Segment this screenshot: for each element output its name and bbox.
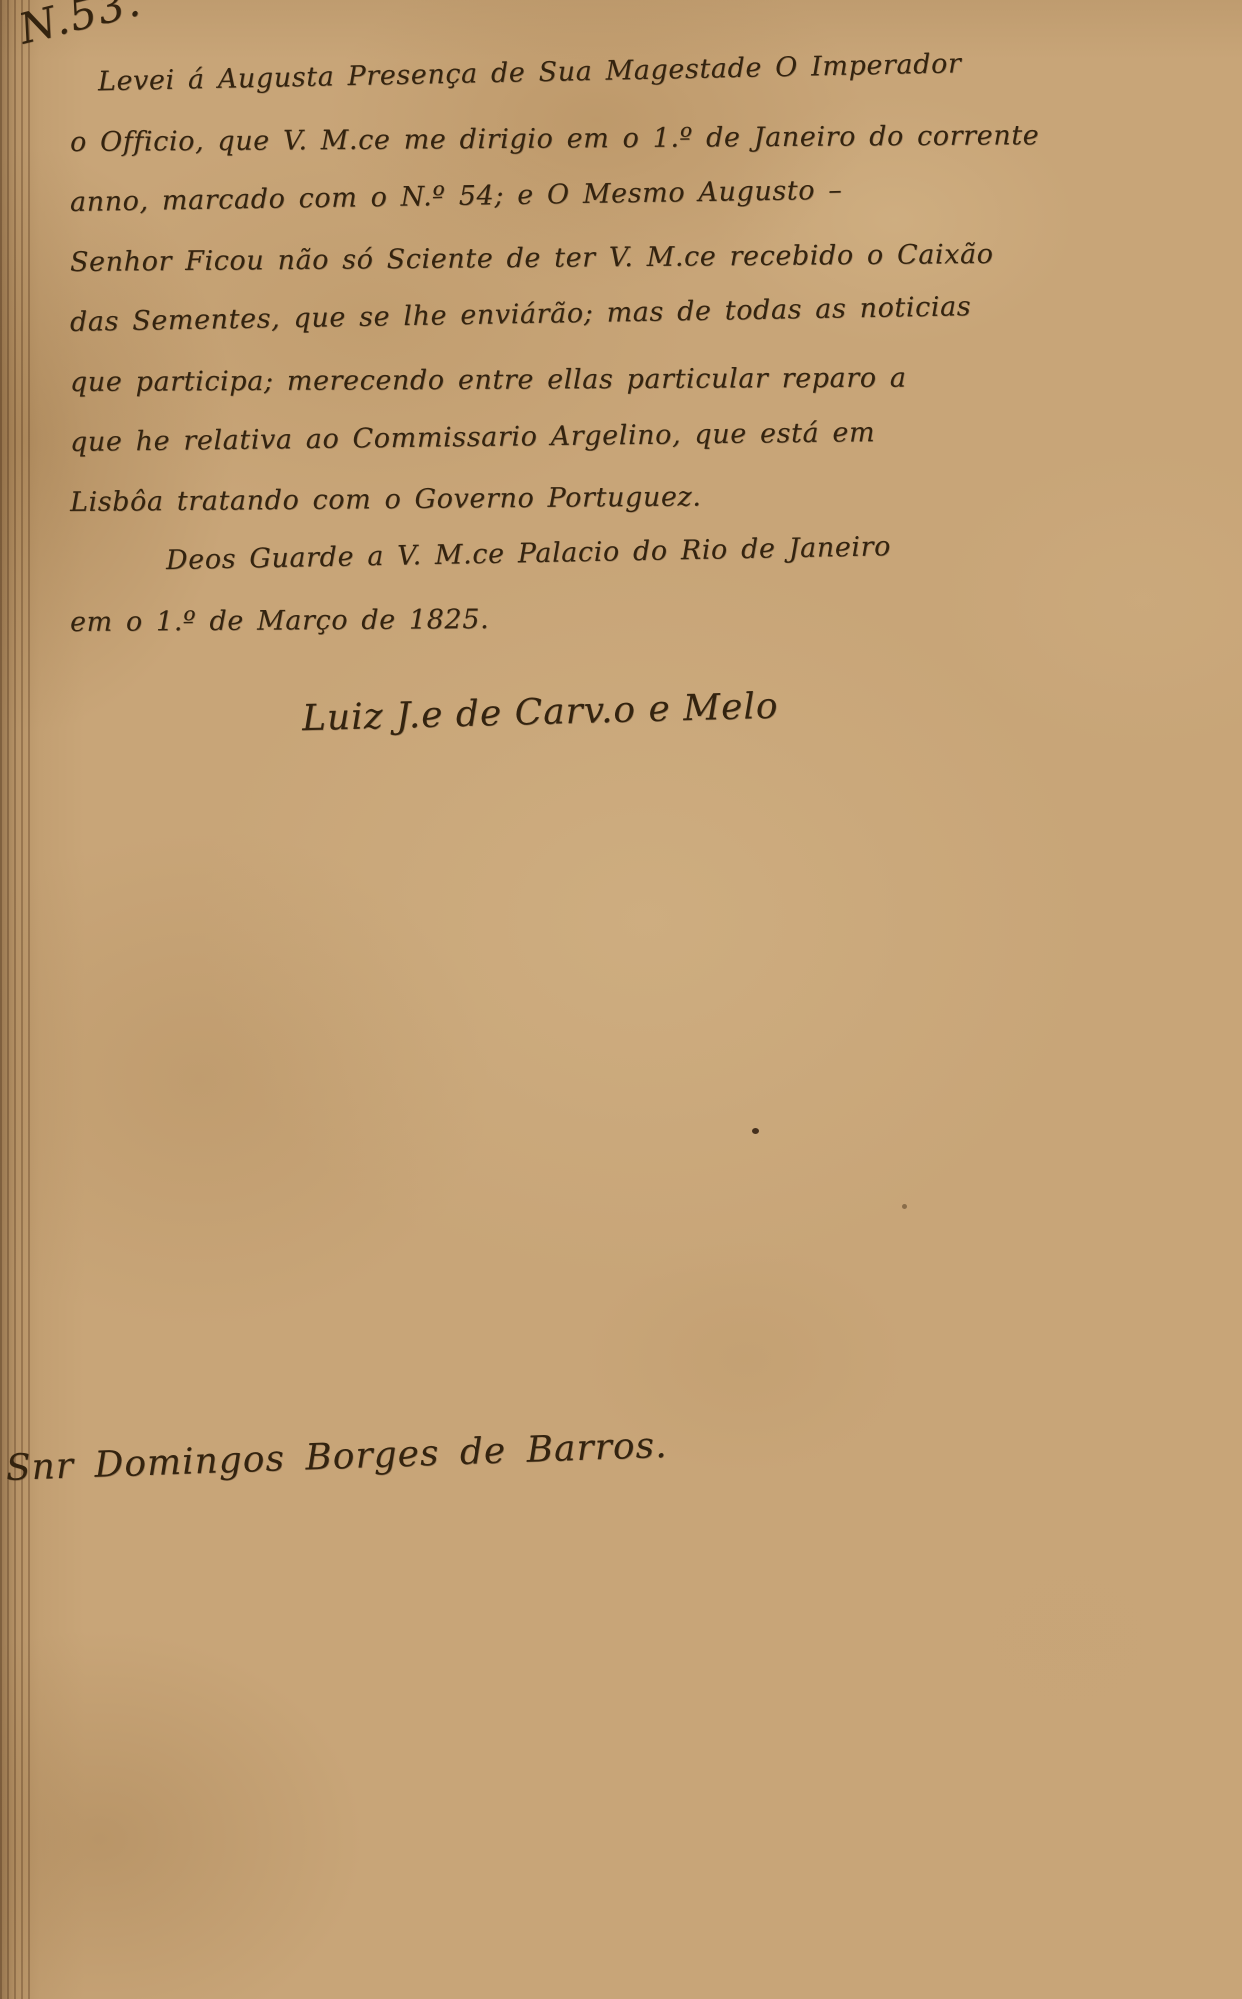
letter-line: que he relativa ao Commissario Argelino,…	[70, 398, 1211, 472]
letter-body: Levei á Augusta Presença de Sua Magestad…	[70, 52, 1210, 652]
addressee: Snr Domingos Borges de Barros.	[5, 1425, 668, 1489]
letter-line: em o 1.º de Março de 1825.	[70, 584, 1210, 652]
archival-number: N.53.	[14, 0, 146, 54]
letter-line: Levei á Augusta Presença de Sua Magestad…	[69, 28, 1210, 112]
manuscript-page: N.53. Levei á Augusta Presença de Sua Ma…	[0, 0, 1242, 1999]
binding-edge	[0, 0, 34, 1999]
signature: Luiz J.e de Carv.o e Melo	[302, 686, 780, 739]
ink-speck	[902, 1204, 907, 1209]
ink-speck	[752, 1128, 759, 1134]
